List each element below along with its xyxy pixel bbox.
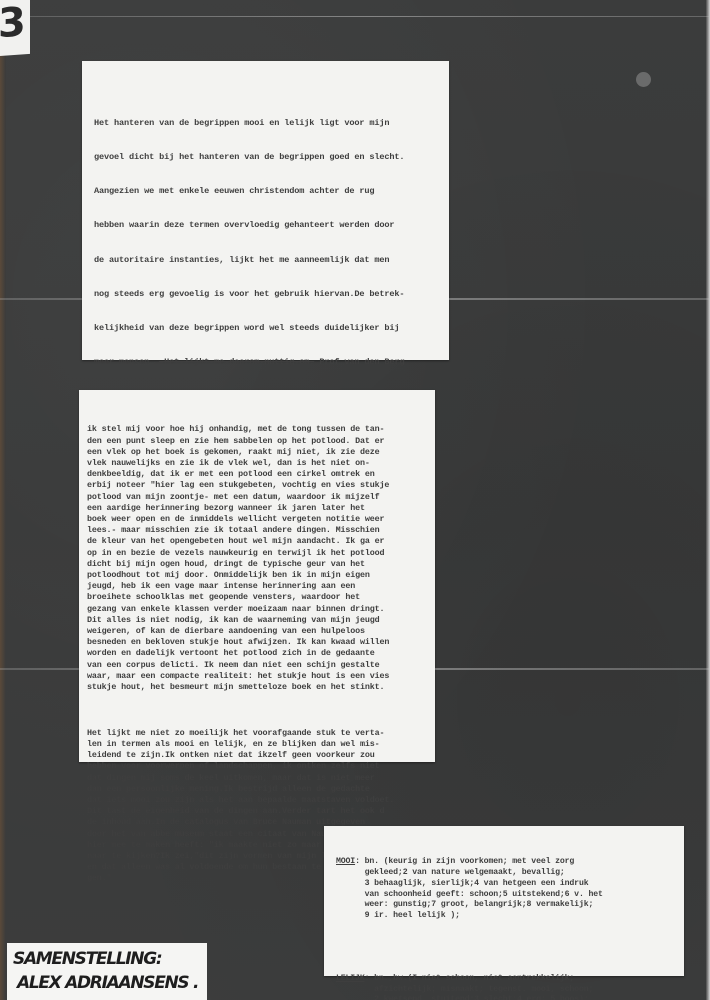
- definition-mooi: MOOI: bn. (keurig in zijn voorkomen; met…: [336, 857, 678, 921]
- text-line: nog steeds erg gevoelig is voor het gebr…: [94, 289, 441, 300]
- text-line: kelijkheid van deze begrippen word wel s…: [94, 323, 441, 334]
- definition-lelijk: LELIJK: bn.,bw.(I niet schoon, niet aant…: [336, 974, 678, 1000]
- text-line: dicht bij mijn ogen houd, dringt de typi…: [87, 559, 431, 570]
- text-line: een aardige herinnering bezorg wanneer i…: [87, 503, 431, 514]
- definition-separator: :: [365, 974, 375, 1000]
- text-line: jeugd, heb ik een vage maar intense heri…: [87, 581, 431, 592]
- text-line: dan een persoonlijke mening.Ik bestrijd …: [87, 784, 431, 795]
- text-line: len in termen als mooi en lelijk, en ze …: [87, 739, 431, 750]
- text-line: weer: gunstig;7 groot, belangrijk;8 verm…: [365, 900, 678, 911]
- text-line: Dit tast de eigenheid van de dingen aan.…: [87, 806, 431, 817]
- text-line: van een corpus delicti. Ik neem dan niet…: [87, 660, 431, 671]
- text-line: weigeren, of kan de dierbare aandoening …: [87, 626, 431, 637]
- definition-body: bn.,bw.(I niet schoon, niet aantrekkelij…: [374, 974, 678, 1000]
- text-line: ik stel mij voor hoe hij onhandig, met d…: [87, 424, 431, 435]
- text-line: stukje hout, het besmeurt mijn smetteloz…: [87, 682, 431, 693]
- definition-separator: :: [355, 857, 365, 921]
- text-line-with-strikethrough: meer mensen .-Het-lijkt-me-daarom-nuttig…: [94, 357, 441, 368]
- credit-heading: SAMENSTELLING:: [13, 947, 207, 971]
- black-mounting-board: 3 Het hanteren van de begrippen mooi en …: [0, 0, 710, 1000]
- typed-sheet-2: ik stel mij voor hoe hij onhandig, met d…: [79, 390, 435, 762]
- text-line: hebben voor voorwerpen of landschappen, …: [87, 761, 431, 772]
- struck-out-text: -Het-lijkt-me-daarom-nuttig-om.: [159, 357, 314, 367]
- text-line: lees.- maar misschien zie ik totaal ande…: [87, 525, 431, 536]
- text-line: potlood van mijn zoontje- met een datum,…: [87, 492, 431, 503]
- text-line: erbij noteer "hier lag een stukgebeten, …: [87, 480, 431, 491]
- text-line: vlek nauwelijks en zie ik de vlek wel, d…: [87, 458, 431, 469]
- pin-hole-mark: [636, 72, 651, 87]
- paragraph: ik stel mij voor hoe hij onhandig, met d…: [87, 424, 431, 693]
- board-right-edge: [706, 0, 710, 1000]
- text-line: 3 behaaglijk, sierlijk;4 van hetgeen een…: [365, 879, 678, 890]
- text-line: Het lijkt me niet zo moeilijk het vooraf…: [87, 728, 431, 739]
- text-line: dat iets mooi zou zijn als het aan bepaa…: [87, 795, 431, 806]
- text-line: gekleed;2 van nature welgemaakt, bevalli…: [365, 868, 678, 879]
- text-line: Het hanteren van de begrippen mooi en le…: [94, 118, 441, 129]
- text-line: afzichtelijk; misnaakt; tegenst. mooi, s…: [374, 985, 678, 996]
- definition-term: MOOI: [336, 857, 355, 921]
- text-line: 2 kwetsend, stuitend;3 slecht;4 erg; 5 b…: [374, 995, 678, 1000]
- text-line: bn.,bw.(I niet schoon, niet aantrekkelij…: [374, 974, 678, 985]
- text-line: Aangezien we met enkele eeuwen christend…: [94, 186, 441, 197]
- typed-sheet-1: Het hanteren van de begrippen mooi en le…: [82, 61, 449, 360]
- text-line: hebben waarin deze termen overvloedig ge…: [94, 220, 441, 231]
- text-line: de kleur van het opengebeten hout wel mi…: [87, 536, 431, 547]
- page-number-tab: 3: [0, 0, 30, 56]
- definition-body: bn. (keurig in zijn voorkomen; met veel …: [365, 857, 678, 921]
- credit-author: ALEX ADRIAANSENS .: [13, 971, 207, 995]
- credit-label: SAMENSTELLING: ALEX ADRIAANSENS .: [7, 943, 207, 1000]
- board-top-crease: [30, 16, 710, 17]
- text-line: gezang van enkele klassen verder moeizaa…: [87, 604, 431, 615]
- text-line: op in en bezie de vezels nauwkeurig en t…: [87, 548, 431, 559]
- text-line: bn. (keurig in zijn voorkomen; met veel …: [365, 857, 678, 868]
- text-line: potloodhout tot mij door. Onmiddelijk be…: [87, 570, 431, 581]
- text-line: worden en dadelijk vertoont het potlood …: [87, 648, 431, 659]
- text-line: den een punt sleep en zie hem sabbelen o…: [87, 436, 431, 447]
- text-line: gevoel dicht bij het hanteren van de beg…: [94, 152, 441, 163]
- text-line: een vlek op het boek is gekomen, raakt m…: [87, 447, 431, 458]
- text-line: leidend te zijn.Ik ontken niet dat ikzel…: [87, 750, 431, 761]
- text-fragment: meer mensen .: [94, 357, 159, 367]
- page-number: 3: [0, 2, 26, 44]
- text-line: waar, maar een compacte realiteit: het s…: [87, 671, 431, 682]
- definitions-sheet: MOOI: bn. (keurig in zijn voorkomen; met…: [324, 826, 684, 976]
- text-line: denkbeeldig, dat ik er met een potlood e…: [87, 469, 431, 480]
- definition-term: LELIJK: [336, 974, 365, 1000]
- text-line: Dit alles is niet nodig, ik kan de waarn…: [87, 615, 431, 626]
- text-line: broeihete schoolklas met geopende venste…: [87, 592, 431, 603]
- text-line: dat dingen mij soms de keel uitkomen, ma…: [87, 773, 431, 784]
- text-line: besneden en bekloven stukje hout afwijze…: [87, 637, 431, 648]
- text-line: de autoritaire instanties, lijkt het me …: [94, 255, 441, 266]
- text-line: 9 ir. heel lelijk );: [365, 911, 678, 922]
- text-line: van schoonheid geeft: schoon;5 uitsteken…: [365, 890, 678, 901]
- board-left-edge: [0, 0, 6, 1000]
- text-fragment: Prof van den Berg: [314, 357, 404, 367]
- text-line: boek weer open en de inmiddels wellicht …: [87, 514, 431, 525]
